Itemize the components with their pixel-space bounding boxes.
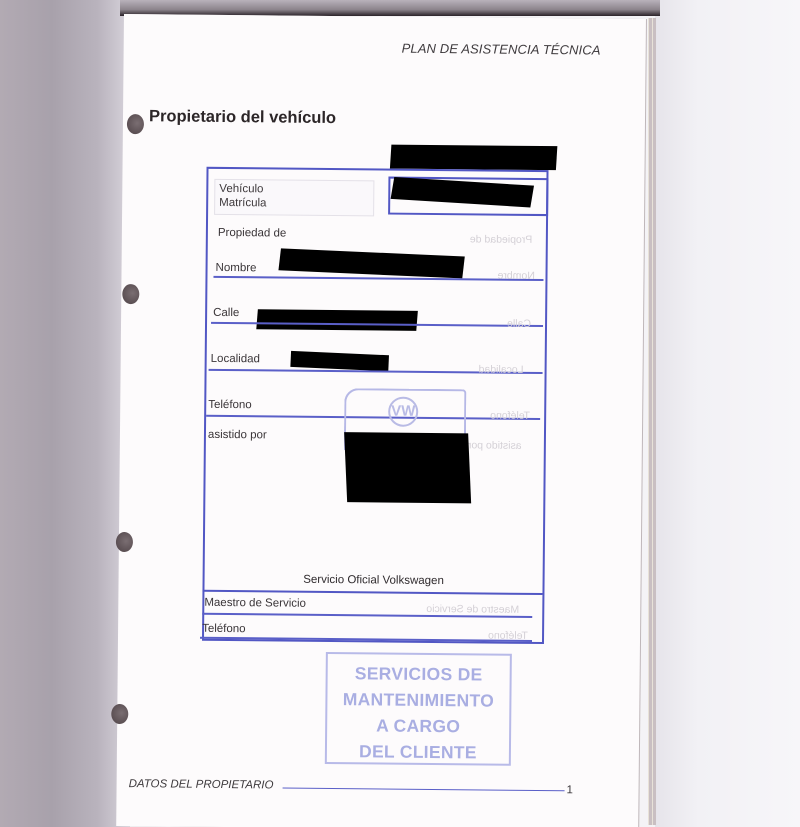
bleedthrough-text: Calle — [507, 318, 531, 330]
bleedthrough-text: Nombre — [497, 270, 534, 282]
running-head: PLAN DE ASISTENCIA TÉCNICA — [402, 41, 601, 58]
page-number: 1 — [567, 784, 574, 796]
redacted-name — [278, 248, 464, 278]
owner-form: Vehículo Matrícula Propiedad de Propieda… — [202, 167, 549, 644]
page-stack-edge — [648, 18, 652, 825]
redacted-dealer — [344, 432, 471, 503]
phone-label: Teléfono — [208, 399, 252, 411]
page-stack-edge — [652, 18, 656, 825]
binder-shadow — [0, 0, 130, 827]
service-divider — [202, 590, 542, 595]
footer-rule — [283, 788, 565, 792]
bleedthrough-text: Localidad — [479, 363, 524, 375]
document-page: PLAN DE ASISTENCIA TÉCNICA Propietario d… — [116, 14, 646, 827]
name-field[interactable] — [213, 276, 543, 281]
binder-hole — [116, 532, 133, 552]
vehicle-label-box: Vehículo Matrícula — [214, 179, 374, 217]
stamp-line: DEL CLIENTE — [327, 738, 509, 766]
locality-label: Localidad — [211, 353, 260, 365]
stamp-line: MANTENIMIENTO — [327, 686, 509, 714]
owned-by-label: Propiedad de — [218, 227, 287, 240]
redacted-locality — [290, 351, 389, 371]
name-label: Nombre — [216, 262, 257, 274]
service-phone-field[interactable] — [200, 637, 532, 642]
top-shadow — [120, 0, 660, 16]
footer-label: DATOS DEL PROPIETARIO — [129, 778, 274, 791]
stamp-line: A CARGO — [327, 712, 509, 740]
service-master-label: Maestro de Servicio — [204, 597, 306, 610]
service-phone-label: Teléfono — [202, 623, 246, 635]
vehicle-label: Vehículo — [219, 183, 373, 198]
customer-maintenance-stamp: SERVICIOS DE MANTENIMIENTO A CARGO DEL C… — [325, 652, 512, 766]
redacted-block — [390, 145, 557, 171]
service-name: Servicio Oficial Volkswagen — [205, 573, 543, 588]
redacted-street — [256, 309, 418, 331]
bleedthrough-text: Teléfono — [490, 410, 530, 422]
bleedthrough-text: Propiedad de — [470, 233, 533, 246]
plate-label: Matrícula — [219, 196, 373, 211]
section-title: Propietario del vehículo — [149, 107, 336, 128]
assisted-by-label: asistido por — [208, 429, 267, 442]
bleedthrough-text: Teléfono — [488, 630, 528, 642]
binder-hole — [127, 114, 144, 134]
plate-field[interactable] — [388, 177, 548, 217]
vw-logo-icon: VW — [388, 397, 418, 427]
bleedthrough-text: Maestro de Servicio — [426, 603, 519, 616]
background-surface — [655, 0, 800, 827]
binder-hole — [122, 284, 139, 304]
redacted-plate — [391, 177, 534, 207]
stamp-line: SERVICIOS DE — [328, 660, 510, 688]
street-label: Calle — [213, 307, 239, 319]
bleedthrough-text: asistido por — [468, 439, 522, 452]
binder-hole — [111, 704, 128, 724]
